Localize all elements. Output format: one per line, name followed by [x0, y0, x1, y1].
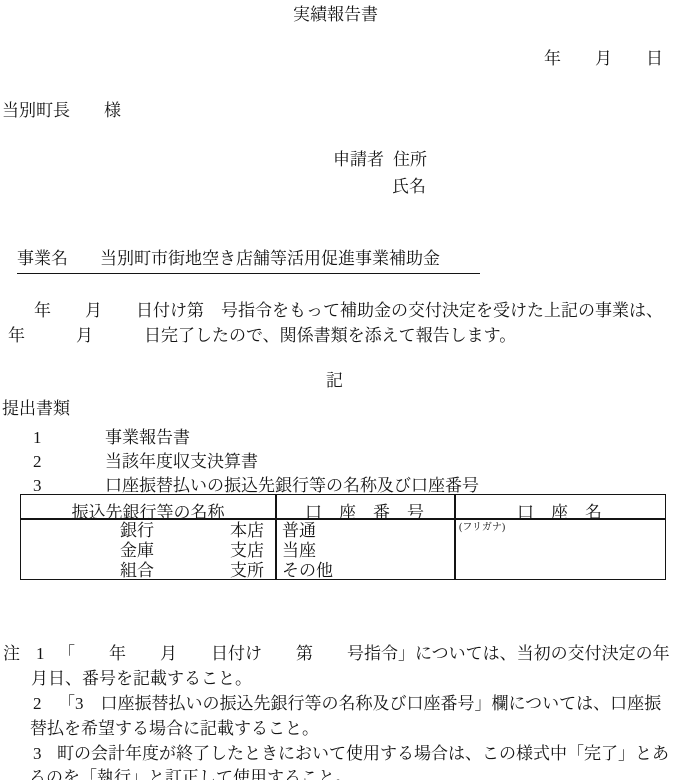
page-title: 実績報告書 — [293, 5, 378, 25]
note-text-line2: 月日、番号を記載すること。 — [31, 669, 252, 689]
attachment-item-number: 2 — [33, 452, 42, 472]
table-header-bank-name: 振込先銀行等の名称 — [21, 498, 275, 523]
branch-type-option: 支所 — [230, 561, 264, 581]
attachment-item-text: 口座振替払いの振込先銀行等の名称及び口座番号 — [105, 476, 479, 496]
project-name: 当別町市街地空き店舗等活用促進事業補助金 — [100, 244, 440, 269]
attachment-item-number: 3 — [33, 476, 42, 496]
applicant-address-label: 住所 — [393, 150, 427, 170]
account-type-option: 当座 — [282, 541, 316, 561]
branch-type-option: 支店 — [230, 541, 264, 561]
bank-type-option: 銀行 — [120, 521, 154, 541]
date-blank-line: 年 月 日 — [544, 49, 663, 69]
applicant-label: 申請者 — [333, 150, 384, 170]
account-type-option: 普通 — [282, 521, 316, 541]
bank-type-option: 金庫 — [120, 541, 154, 561]
project-name-line: 事業名 当別町市街地空き店舗等活用促進事業補助金 — [17, 244, 480, 274]
bank-account-table: 振込先銀行等の名称 口 座 番 号 口 座 名 銀行 本店 金庫 支店 組合 支… — [20, 494, 666, 580]
note-text-line1: 町の会計年度が終了したときにおいて使用する場合は、この様式中「完了」とあ — [57, 744, 669, 764]
table-header-account-number: 口 座 番 号 — [275, 498, 454, 523]
body-paragraph-line2: 年 月 日完了したので、関係書類を添えて報告します。 — [8, 326, 516, 346]
attachment-item-number: 1 — [33, 428, 42, 448]
note-number: 3 — [33, 744, 42, 764]
attachments-heading: 提出書類 — [2, 399, 70, 419]
account-type-option: その他 — [282, 561, 333, 581]
bank-type-option: 組合 — [120, 561, 154, 581]
note-text-line2: るのを「執行」と訂正して使用すること。 — [29, 768, 352, 780]
note-text-line1: 「 年 月 日付け 第 号指令」については、当初の交付決定の年 — [58, 644, 670, 664]
branch-type-option: 本店 — [230, 521, 264, 541]
addressee-line: 当別町長 様 — [2, 101, 121, 121]
note-text-line2: 替払を希望する場合に記載すること。 — [30, 719, 319, 739]
record-mark: 記 — [0, 371, 669, 391]
body-paragraph-line1: 年 月 日付け第 号指令をもって補助金の交付決定を受けた上記の事業は、 — [0, 301, 663, 321]
note-number: 1 — [36, 644, 45, 664]
attachment-item-text: 事業報告書 — [105, 428, 190, 448]
notes-marker: 注 — [3, 644, 20, 664]
table-header-account-name: 口 座 名 — [454, 498, 665, 523]
attachment-item-text: 当該年度収支決算書 — [105, 452, 258, 472]
project-label: 事業名 — [17, 244, 68, 269]
furigana-label: (フリガナ) — [459, 522, 505, 534]
note-number: 2 — [33, 694, 42, 714]
report-form-page: 実績報告書 年 月 日 当別町長 様 申請者 住所 氏名 事業名 当別町市街地空… — [0, 0, 679, 780]
note-text-line1: 「3 口座振替払いの振込先銀行等の名称及び口座番号」欄については、口座振 — [58, 694, 661, 714]
applicant-name-label: 氏名 — [392, 177, 426, 197]
